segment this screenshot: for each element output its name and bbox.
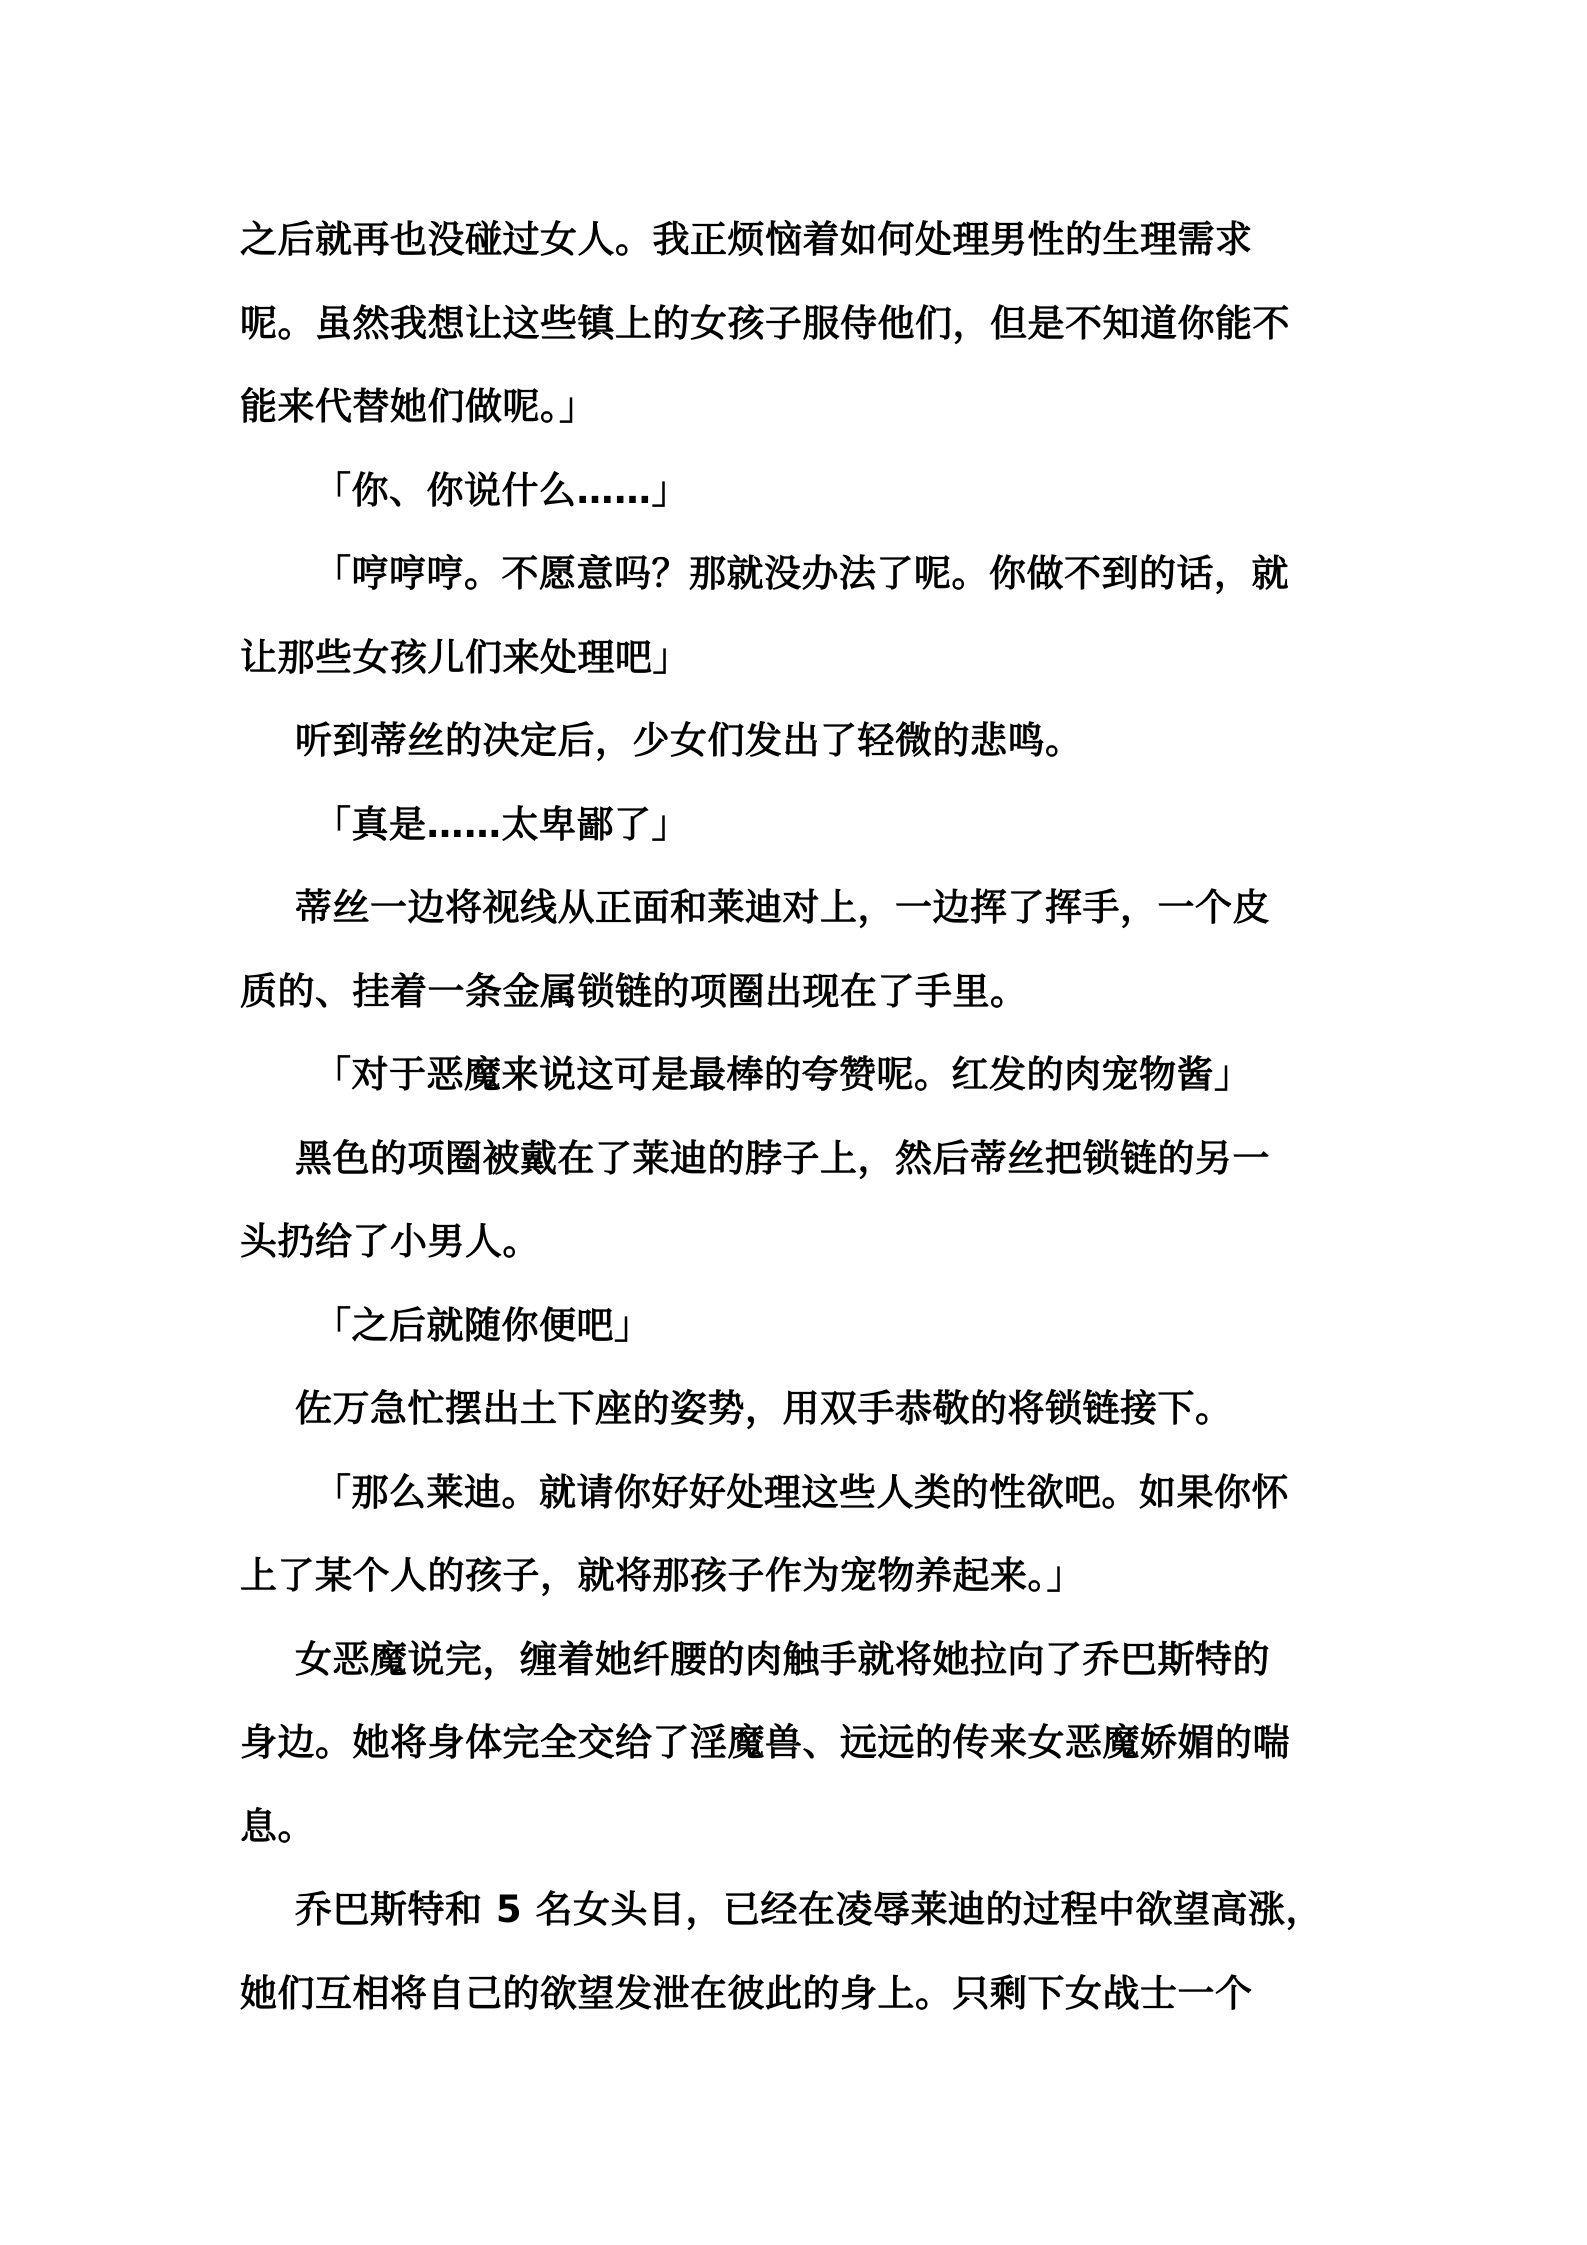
text-line: 之后就再也没碰过女人。我正烦恼着如何处理男性的生理需求 xyxy=(240,198,1356,282)
text-line: 她们互相将自己的欲望发泄在彼此的身上。只剩下女战士一个 xyxy=(240,1952,1356,2036)
dialogue-line: 「那么莱迪。就请你好好处理这些人类的性欲吧。如果你怀 xyxy=(240,1451,1356,1535)
text-line: 质的、挂着一条金属锁链的项圈出现在了手里。 xyxy=(240,950,1356,1034)
paragraph-start-line: 女恶魔说完，缠着她纤腰的肉触手就将她拉向了乔巴斯特的 xyxy=(240,1618,1356,1702)
paragraph-start-line: 听到蒂丝的决定后，少女们发出了轻微的悲鸣。 xyxy=(240,699,1356,783)
dialogue-line: 「哼哼哼。不愿意吗？那就没办法了呢。你做不到的话，就 xyxy=(240,532,1356,616)
text-line: 能来代替她们做呢。」 xyxy=(240,365,1356,449)
dialogue-line: 「你、你说什么……」 xyxy=(240,449,1356,533)
text-line: 身边。她将身体完全交给了淫魔兽、远远的传来女恶魔娇媚的喘 xyxy=(240,1701,1356,1785)
text-line: 头扔给了小男人。 xyxy=(240,1200,1356,1284)
dialogue-line: 「之后就随你便吧」 xyxy=(240,1284,1356,1368)
dialogue-line: 「对于恶魔来说这可是最棒的夸赞呢。红发的肉宠物酱」 xyxy=(240,1033,1356,1117)
text-line: 让那些女孩儿们来处理吧」 xyxy=(240,616,1356,700)
dialogue-line: 「真是……太卑鄙了」 xyxy=(240,783,1356,867)
paragraph-start-line: 蒂丝一边将视线从正面和莱迪对上，一边挥了挥手，一个皮 xyxy=(240,866,1356,950)
paragraph-start-line: 乔巴斯特和 5 名女头目，已经在凌辱莱迪的过程中欲望高涨， xyxy=(240,1868,1356,1952)
paragraph-start-line: 佐万急忙摆出土下座的姿势，用双手恭敬的将锁链接下。 xyxy=(240,1367,1356,1451)
text-line: 息。 xyxy=(240,1785,1356,1869)
text-line: 上了某个人的孩子，就将那孩子作为宠物养起来。」 xyxy=(240,1534,1356,1618)
document-page: 之后就再也没碰过女人。我正烦恼着如何处理男性的生理需求 呢。虽然我想让这些镇上的… xyxy=(240,198,1356,2035)
text-line: 呢。虽然我想让这些镇上的女孩子服侍他们，但是不知道你能不 xyxy=(240,282,1356,366)
paragraph-start-line: 黑色的项圈被戴在了莱迪的脖子上，然后蒂丝把锁链的另一 xyxy=(240,1117,1356,1201)
